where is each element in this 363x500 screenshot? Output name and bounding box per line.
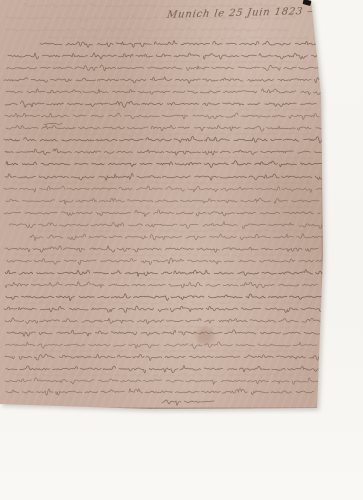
handwriting-line (5, 270, 324, 276)
show-through-line (13, 372, 312, 377)
handwriting-line (6, 161, 322, 168)
handwriting-line (5, 246, 318, 253)
handwriting-line (5, 342, 317, 349)
handwriting-line (7, 258, 322, 264)
handwriting-line (6, 198, 319, 204)
show-through-line (14, 155, 312, 161)
handwriting-line (4, 210, 320, 217)
handwriting-line (5, 318, 321, 324)
show-through-line (38, 228, 307, 234)
handwriting-line (7, 65, 319, 71)
show-through-line (48, 35, 309, 41)
ink-stain (195, 326, 215, 346)
show-through-line (12, 131, 312, 137)
show-through-line (15, 324, 307, 330)
handwriting-line (5, 174, 323, 181)
handwriting-svg (0, 0, 324, 410)
handwriting-line (7, 330, 324, 336)
handwriting-line (5, 113, 319, 119)
closing-mark (162, 400, 214, 405)
handwriting-line (6, 389, 314, 395)
show-through-line (13, 107, 312, 113)
handwriting-line (4, 77, 321, 83)
show-through-line (14, 83, 304, 89)
handwriting-line (6, 366, 320, 373)
handwriting-line (5, 101, 316, 108)
handwriting-line (5, 282, 318, 288)
handwriting-line (6, 125, 323, 131)
show-through-line (12, 300, 312, 306)
letter-paper-wrap: Munich le 25 Juin 1823 — (0, 0, 324, 410)
handwriting-line (4, 186, 322, 192)
show-through-line (13, 348, 314, 354)
show-through-line (6, 15, 296, 21)
handwriting-line (40, 41, 318, 48)
handwriting-line (6, 89, 320, 95)
show-through-line (24, 3, 293, 9)
handwriting-line (4, 306, 322, 312)
show-through-line (12, 180, 312, 185)
scan-background: Munich le 25 Juin 1823 — (0, 0, 363, 500)
show-through-line (6, 27, 289, 33)
letter-paper: Munich le 25 Juin 1823 — (0, 0, 324, 410)
show-through-line (12, 205, 312, 210)
handwriting-line (5, 354, 319, 361)
interlinear-insert (44, 123, 62, 124)
handwriting-line (9, 222, 322, 229)
handwriting-line (5, 149, 324, 155)
handwriting-line (5, 378, 319, 385)
show-through-line (13, 276, 313, 282)
handwriting-line (30, 234, 323, 241)
show-through-line (15, 252, 306, 257)
handwriting-line (4, 136, 321, 143)
show-through-line (15, 59, 309, 64)
handwriting-line (8, 53, 318, 59)
handwriting-line (6, 294, 323, 301)
